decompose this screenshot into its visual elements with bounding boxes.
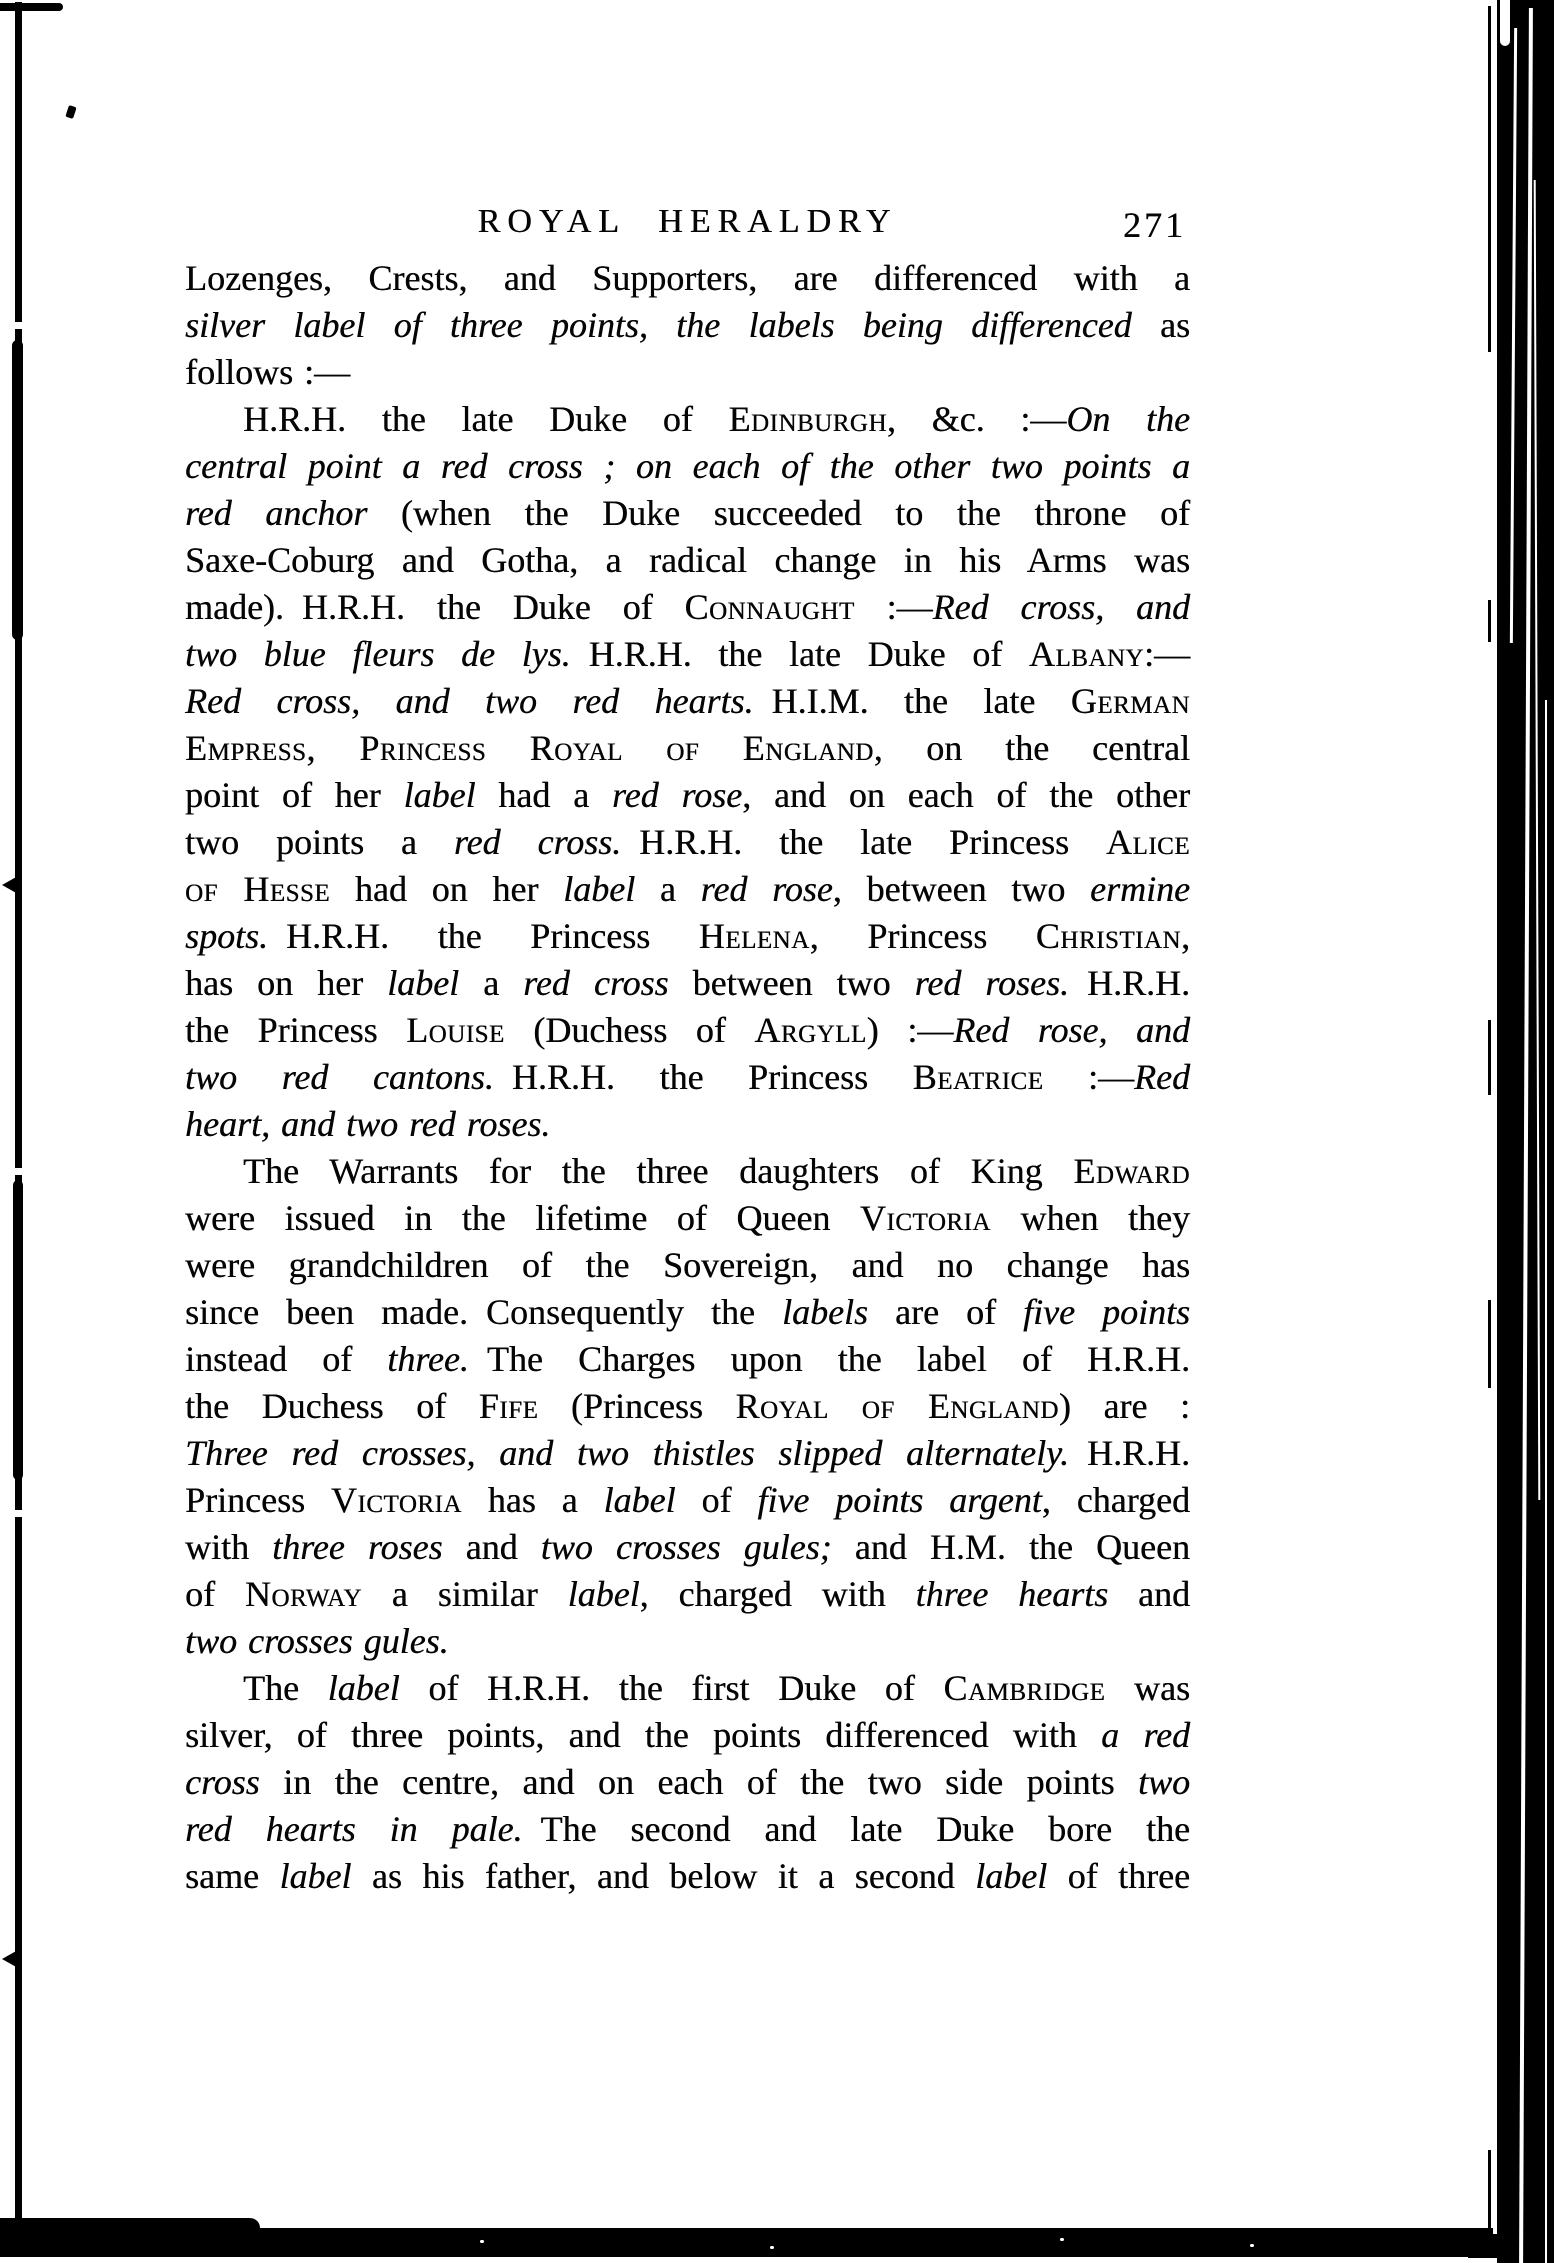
text-segment: has on her: [185, 963, 387, 1003]
text-segment: :—: [855, 587, 933, 627]
text-segment: , charged: [1042, 1480, 1190, 1520]
text-line: two red cantons. H.R.H. the Princess Bea…: [185, 1054, 1190, 1101]
page-number: 271: [1123, 204, 1186, 246]
text-line: The label of H.R.H. the first Duke of Ca…: [185, 1665, 1190, 1712]
scan-artifact-band-speck: [770, 2246, 774, 2249]
scan-artifact-left-edge-bulge: [13, 1180, 23, 1480]
text-segment: had a: [475, 775, 611, 815]
text-segment: Albany: [1029, 634, 1144, 674]
text-segment: the Princess: [185, 1010, 406, 1050]
scan-artifact-right-thin-line: [1488, 1020, 1491, 1095]
text-segment: label: [563, 869, 635, 909]
text-segment: as: [1132, 305, 1190, 345]
text-segment: H.R.H. the late Princess: [621, 822, 1106, 862]
text-segment: label: [604, 1480, 676, 1520]
text-segment: (Duchess of: [505, 1010, 755, 1050]
scan-artifact-band-speck: [480, 2240, 484, 2243]
text-segment: red hearts in pale.: [185, 1809, 522, 1849]
book-page: ROYAL HERALDRY 271 Lozenges, Crests, and…: [0, 0, 1554, 2263]
text-line: spots. H.R.H. the Princess Helena, Princ…: [185, 913, 1190, 960]
scan-artifact-left-edge-gap: [12, 1510, 25, 1517]
text-segment: The Charges upon the label of H.R.H.: [469, 1339, 1190, 1379]
text-line: Lozenges, Crests, and Supporters, are di…: [185, 255, 1190, 302]
text-segment: red cross: [523, 963, 668, 1003]
text-segment: label: [403, 775, 475, 815]
text-segment: , between two: [833, 869, 1090, 909]
text-segment: two red cantons.: [185, 1057, 494, 1097]
text-line: the Duchess of Fife (Princess Royal of E…: [185, 1383, 1190, 1430]
text-segment: label: [568, 1574, 640, 1614]
text-segment: of H.R.H. the first Duke of: [400, 1668, 944, 1708]
text-line: Saxe-Coburg and Gotha, a radical change …: [185, 537, 1190, 584]
text-line: since been made. Consequently the labels…: [185, 1289, 1190, 1336]
page-body: Lozenges, Crests, and Supporters, are di…: [185, 255, 1190, 1900]
text-segment: Lozenges, Crests, and Supporters, are di…: [185, 258, 1190, 298]
scan-artifact-bottom-band: [0, 2228, 1493, 2257]
text-segment: Red cross, and: [933, 587, 1190, 627]
text-segment: central point a red cross ; on each of t…: [185, 446, 1190, 486]
text-line: red anchor (when the Duke succeeded to t…: [185, 490, 1190, 537]
text-segment: ) are :: [1059, 1386, 1190, 1426]
text-segment: when they: [991, 1198, 1190, 1238]
text-line: silver label of three points, the labels…: [185, 302, 1190, 349]
text-line: of Norway a similar label, charged with …: [185, 1571, 1190, 1618]
text-segment: three.: [387, 1339, 469, 1379]
text-segment: Christian: [1036, 916, 1181, 956]
text-segment: Princess: [185, 1480, 331, 1520]
text-segment: (Princess: [538, 1386, 735, 1426]
text-segment: The: [243, 1668, 328, 1708]
text-segment: red rose: [701, 869, 833, 909]
text-segment: of: [185, 1574, 245, 1614]
text-segment: silver, of three points, and the points …: [185, 1715, 1101, 1755]
text-segment: a similar: [362, 1574, 568, 1614]
text-segment: label: [387, 963, 459, 1003]
text-segment: since been made. Consequently the: [185, 1292, 782, 1332]
text-line: silver, of three points, and the points …: [185, 1712, 1190, 1759]
text-segment: and: [1108, 1574, 1190, 1614]
text-line: the Princess Louise (Duchess of Argyll) …: [185, 1007, 1190, 1054]
text-segment: Three red crosses, and two thistles slip…: [185, 1433, 1069, 1473]
text-segment: three roses: [272, 1527, 442, 1567]
text-segment: label: [279, 1856, 351, 1896]
text-segment: had on her: [330, 869, 563, 909]
scan-artifact-binding-notch: [1500, 0, 1510, 46]
text-segment: H.R.H.: [1069, 1433, 1190, 1473]
text-segment: ermine: [1090, 869, 1190, 909]
text-segment: the Duchess of: [185, 1386, 479, 1426]
text-segment: with: [185, 1527, 272, 1567]
scan-artifact-left-edge-gap: [12, 1168, 25, 1175]
text-segment: made). H.R.H. the Duke of: [185, 587, 684, 627]
text-segment: German: [1071, 681, 1190, 721]
text-segment: Louise: [406, 1010, 505, 1050]
text-segment: Alice: [1106, 822, 1190, 862]
text-segment: spots.: [185, 916, 268, 956]
text-segment: On the: [1066, 399, 1190, 439]
text-line: made). H.R.H. the Duke of Connaught :—Re…: [185, 584, 1190, 631]
text-segment: :—: [1144, 634, 1190, 674]
text-segment: Edward: [1073, 1151, 1190, 1191]
scan-artifact-left-edge-gap: [12, 322, 25, 329]
text-segment: The second and late Duke bore the: [522, 1809, 1190, 1849]
text-segment: ) :—: [867, 1010, 954, 1050]
text-line: two blue fleurs de lys. H.R.H. the late …: [185, 631, 1190, 678]
text-segment: Royal of England: [735, 1386, 1058, 1426]
text-line: of Hesse had on her label a red rose, be…: [185, 866, 1190, 913]
text-segment: , and on each of the other: [742, 775, 1190, 815]
text-segment: H.I.M. the late: [753, 681, 1070, 721]
scan-artifact-band-speck: [1250, 2244, 1254, 2247]
text-line: were issued in the lifetime of Queen Vic…: [185, 1195, 1190, 1242]
text-segment: red roses.: [915, 963, 1069, 1003]
text-segment: two crosses gules;: [541, 1527, 832, 1567]
text-segment: Cambridge: [943, 1668, 1105, 1708]
text-segment: H.R.H. the Princess: [494, 1057, 913, 1097]
text-segment: The Warrants for the three daughters of …: [243, 1151, 1073, 1191]
text-line: same label as his father, and below it a…: [185, 1853, 1190, 1900]
scan-artifact-bottom-corner-blob: [1468, 2234, 1508, 2258]
text-segment: on the central: [883, 728, 1190, 768]
text-segment: a red: [1101, 1715, 1190, 1755]
text-segment: are of: [868, 1292, 1023, 1332]
text-segment: label: [975, 1856, 1047, 1896]
scan-artifact-band-speck: [1060, 2238, 1064, 2241]
text-line: Empress, Princess Royal of England, on t…: [185, 725, 1190, 772]
text-segment: silver label of three points, the labels…: [185, 305, 1132, 345]
text-line: Princess Victoria has a label of five po…: [185, 1477, 1190, 1524]
text-segment: Victoria: [860, 1198, 991, 1238]
text-line: Red cross, and two red hearts. H.I.M. th…: [185, 678, 1190, 725]
text-segment: , charged with: [640, 1574, 916, 1614]
text-segment: and H.M. the Queen: [832, 1527, 1190, 1567]
text-line: heart, and two red roses.: [185, 1101, 1190, 1148]
text-line: has on her label a red cross between two…: [185, 960, 1190, 1007]
text-segment: and: [443, 1527, 541, 1567]
text-segment: has a: [462, 1480, 604, 1520]
text-segment: H.R.H. the Princess: [268, 916, 699, 956]
text-segment: two crosses gules.: [185, 1621, 449, 1661]
text-segment: Beatrice: [913, 1057, 1044, 1097]
text-line: H.R.H. the late Duke of Edinburgh, &c. :…: [185, 396, 1190, 443]
page-title: ROYAL HERALDRY: [185, 203, 1190, 241]
text-segment: Saxe-Coburg and Gotha, a radical change …: [185, 540, 1190, 580]
text-line: two points a red cross. H.R.H. the late …: [185, 819, 1190, 866]
text-segment: :—: [1043, 1057, 1134, 1097]
text-line: central point a red cross ; on each of t…: [185, 443, 1190, 490]
text-segment: were grandchildren of the Sovereign, and…: [185, 1245, 1190, 1285]
text-segment: Connaught: [684, 587, 854, 627]
text-segment: heart, and two red roses.: [185, 1104, 550, 1144]
scan-artifact-binding-streak: [1545, 700, 1547, 2263]
page-header: ROYAL HERALDRY 271: [185, 203, 1190, 253]
text-segment: (when the Duke succeeded to the throne o…: [401, 493, 1190, 533]
text-segment: labels: [782, 1292, 868, 1332]
scan-artifact-right-thin-line: [1488, 1300, 1491, 1388]
text-line: two crosses gules.: [185, 1618, 1190, 1665]
text-segment: H.R.H. the late Duke of: [571, 634, 1029, 674]
text-segment: of: [676, 1480, 758, 1520]
text-segment: Victoria: [331, 1480, 462, 1520]
text-line: Three red crosses, and two thistles slip…: [185, 1430, 1190, 1477]
text-line: with three roses and two crosses gules; …: [185, 1524, 1190, 1571]
text-segment: same: [185, 1856, 279, 1896]
scan-artifact-left-arrow-mark: [2, 876, 18, 894]
text-line: instead of three. The Charges upon the l…: [185, 1336, 1190, 1383]
text-segment: Norway: [245, 1574, 362, 1614]
text-line: were grandchildren of the Sovereign, and…: [185, 1242, 1190, 1289]
text-segment: was: [1105, 1668, 1190, 1708]
text-segment: two points a: [185, 822, 454, 862]
scan-artifact-left-edge-bulge: [12, 340, 23, 640]
text-segment: Fife: [479, 1386, 539, 1426]
scan-artifact-top-left-stub: [0, 3, 63, 11]
text-line: follows :—: [185, 349, 1190, 396]
text-segment: Empress, Princess Royal of England,: [185, 728, 883, 768]
text-segment: , Princess: [810, 916, 1036, 956]
text-segment: in the centre, and on each of the two si…: [260, 1762, 1138, 1802]
text-segment: a: [459, 963, 523, 1003]
scan-artifact-ink-speck: [65, 105, 76, 119]
text-segment: red cross.: [454, 822, 621, 862]
text-segment: between two: [669, 963, 915, 1003]
text-line: point of her label had a red rose, and o…: [185, 772, 1190, 819]
scan-artifact-right-thin-line: [1488, 600, 1491, 642]
scan-artifact-left-arrow-mark: [2, 1950, 18, 1968]
text-segment: red rose: [612, 775, 742, 815]
text-segment: point of her: [185, 775, 403, 815]
text-segment: as his father, and below it a second: [351, 1856, 975, 1896]
text-line: cross in the centre, and on each of the …: [185, 1759, 1190, 1806]
text-segment: three hearts: [916, 1574, 1109, 1614]
text-segment: red anchor: [185, 493, 401, 533]
text-segment: label: [328, 1668, 400, 1708]
text-segment: Red cross, and two red hearts.: [185, 681, 753, 721]
text-segment: two: [1138, 1762, 1190, 1802]
text-line: The Warrants for the three daughters of …: [185, 1148, 1190, 1195]
text-segment: Red: [1134, 1057, 1190, 1097]
text-segment: follows :—: [185, 352, 350, 392]
text-segment: a: [635, 869, 701, 909]
text-segment: five points argent: [757, 1480, 1041, 1520]
text-segment: instead of: [185, 1339, 387, 1379]
scan-artifact-right-thin-line: [1488, 6, 1491, 352]
text-segment: H.R.H.: [1069, 963, 1190, 1003]
text-segment: of Hesse: [185, 869, 330, 909]
text-segment: Argyll: [754, 1010, 866, 1050]
text-segment: Helena: [699, 916, 810, 956]
text-segment: of three: [1047, 1856, 1190, 1896]
text-segment: two blue fleurs de lys.: [185, 634, 571, 674]
text-segment: , &c. :—: [887, 399, 1066, 439]
text-segment: five points: [1023, 1292, 1190, 1332]
text-line: red hearts in pale. The second and late …: [185, 1806, 1190, 1853]
text-segment: were issued in the lifetime of Queen: [185, 1198, 860, 1238]
text-segment: Red rose, and: [953, 1010, 1190, 1050]
text-segment: ,: [1181, 916, 1190, 956]
text-segment: H.R.H. the late Duke of: [243, 399, 728, 439]
text-segment: cross: [185, 1762, 260, 1802]
text-segment: Edinburgh: [728, 399, 886, 439]
